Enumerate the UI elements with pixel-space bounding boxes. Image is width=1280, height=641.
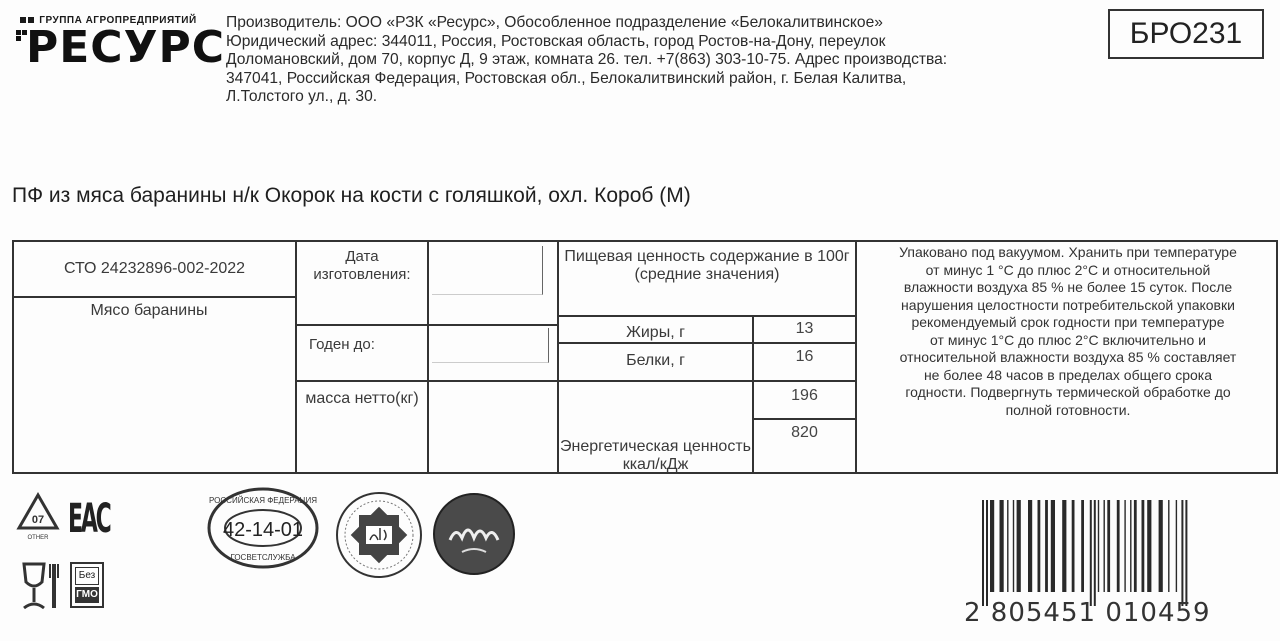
gmo-free-bottom-text: ГМО <box>75 587 99 603</box>
divider <box>557 315 857 317</box>
brand-logo: РЕСУРС <box>16 26 225 70</box>
fat-label: Жиры, г <box>559 324 752 342</box>
divider <box>295 380 559 382</box>
storage-line: Упаковано под вакуумом. Хранить при темп… <box>858 244 1278 262</box>
recycle-icon: 07 OTHER <box>16 492 60 542</box>
storage-line: годности. Подвергнуть термической обрабо… <box>858 384 1278 402</box>
storage-conditions: Упаковано под вакуумом. Хранить при темп… <box>858 244 1278 419</box>
producer-line: Юридический адрес: 344011, Россия, Росто… <box>226 33 1076 52</box>
svg-text:ГОСВЕТСЛУЖБА: ГОСВЕТСЛУЖБА <box>230 553 296 562</box>
eac-mark-icon: ЕАС <box>68 496 110 542</box>
brand-name: РЕСУРС <box>26 22 225 73</box>
gmo-free-icon: Без ГМО <box>70 562 104 608</box>
barcode-number: 2 805451 010459 <box>964 598 1211 628</box>
storage-line: влажности воздуха 85 % не более 15 суток… <box>858 279 1278 297</box>
storage-line: относительной влажности воздуха 85 % сос… <box>858 349 1278 367</box>
gmo-free-top-text: Без <box>75 567 99 585</box>
energy-kj-value: 820 <box>754 424 855 442</box>
vet-stamp-icon: 42-14-01 РОССИЙСКАЯ ФЕДЕРАЦИЯ ГОСВЕТСЛУЖ… <box>206 486 320 570</box>
logo-dots-icon <box>16 30 28 56</box>
divider <box>295 324 559 326</box>
fat-value: 13 <box>754 320 855 338</box>
halal-seal-icon <box>432 492 516 576</box>
producer-line: Производитель: ООО «РЗК «Ресурс», Обособ… <box>226 14 1076 33</box>
svg-text:РОССИЙСКАЯ ФЕДЕРАЦИЯ: РОССИЙСКАЯ ФЕДЕРАЦИЯ <box>209 496 317 505</box>
food-safe-glass-fork-icon <box>20 562 66 610</box>
storage-line: от минус 1 °С до плюс 2°С и относительно… <box>858 262 1278 280</box>
storage-line: не более 48 часов в пределах общего срок… <box>858 367 1278 385</box>
divider <box>557 380 857 382</box>
halal-certification-icon <box>334 490 424 580</box>
divider <box>855 242 857 472</box>
protein-value: 16 <box>754 348 855 366</box>
composition: Мясо баранины <box>14 302 284 320</box>
divider <box>752 418 857 420</box>
divider <box>14 296 297 298</box>
best-before-value <box>432 328 549 363</box>
producer-line: Л.Толстого ул., д. 30. <box>226 88 1076 107</box>
producer-line: Доломановский, дом 70, корпус Д, 9 этаж,… <box>226 51 1076 70</box>
standard-number: СТО 24232896-002-2022 <box>14 260 295 278</box>
storage-line: полной готовности. <box>858 402 1278 420</box>
producer-line: 347041, Российская Федерация, Ростовская… <box>226 70 1076 89</box>
storage-line: нарушения целостности потребительской уп… <box>858 297 1278 315</box>
producer-info: Производитель: ООО «РЗК «Ресурс», Обособ… <box>226 14 1076 107</box>
barcode <box>982 500 1204 606</box>
energy-kcal-value: 196 <box>754 387 855 405</box>
manufacture-date-label: Дата изготовления: <box>297 248 427 284</box>
energy-label: Энергетическая ценность ккал/кДж <box>559 438 752 474</box>
protein-label: Белки, г <box>559 352 752 370</box>
best-before-label: Годен до: <box>297 336 427 354</box>
divider <box>427 242 429 472</box>
manufacture-date-value <box>432 246 543 295</box>
svg-text:42-14-01: 42-14-01 <box>223 519 303 541</box>
svg-text:07: 07 <box>32 514 44 526</box>
divider <box>557 342 857 344</box>
net-mass-label: масса нетто(кг) <box>297 390 427 408</box>
nutrition-header: Пищевая ценность содержание в 100г (сред… <box>559 248 855 284</box>
storage-line: от минус 1°С до плюс 2°С включительно и <box>858 332 1278 350</box>
product-code-box: БРО231 <box>1108 9 1264 59</box>
product-title: ПФ из мяса баранины н/к Окорок на кости … <box>12 184 691 208</box>
label-table: СТО 24232896-002-2022 Мясо баранины Дата… <box>12 240 1278 474</box>
storage-line: рекомендуемый срок годности при температ… <box>858 314 1278 332</box>
svg-text:OTHER: OTHER <box>28 535 50 541</box>
